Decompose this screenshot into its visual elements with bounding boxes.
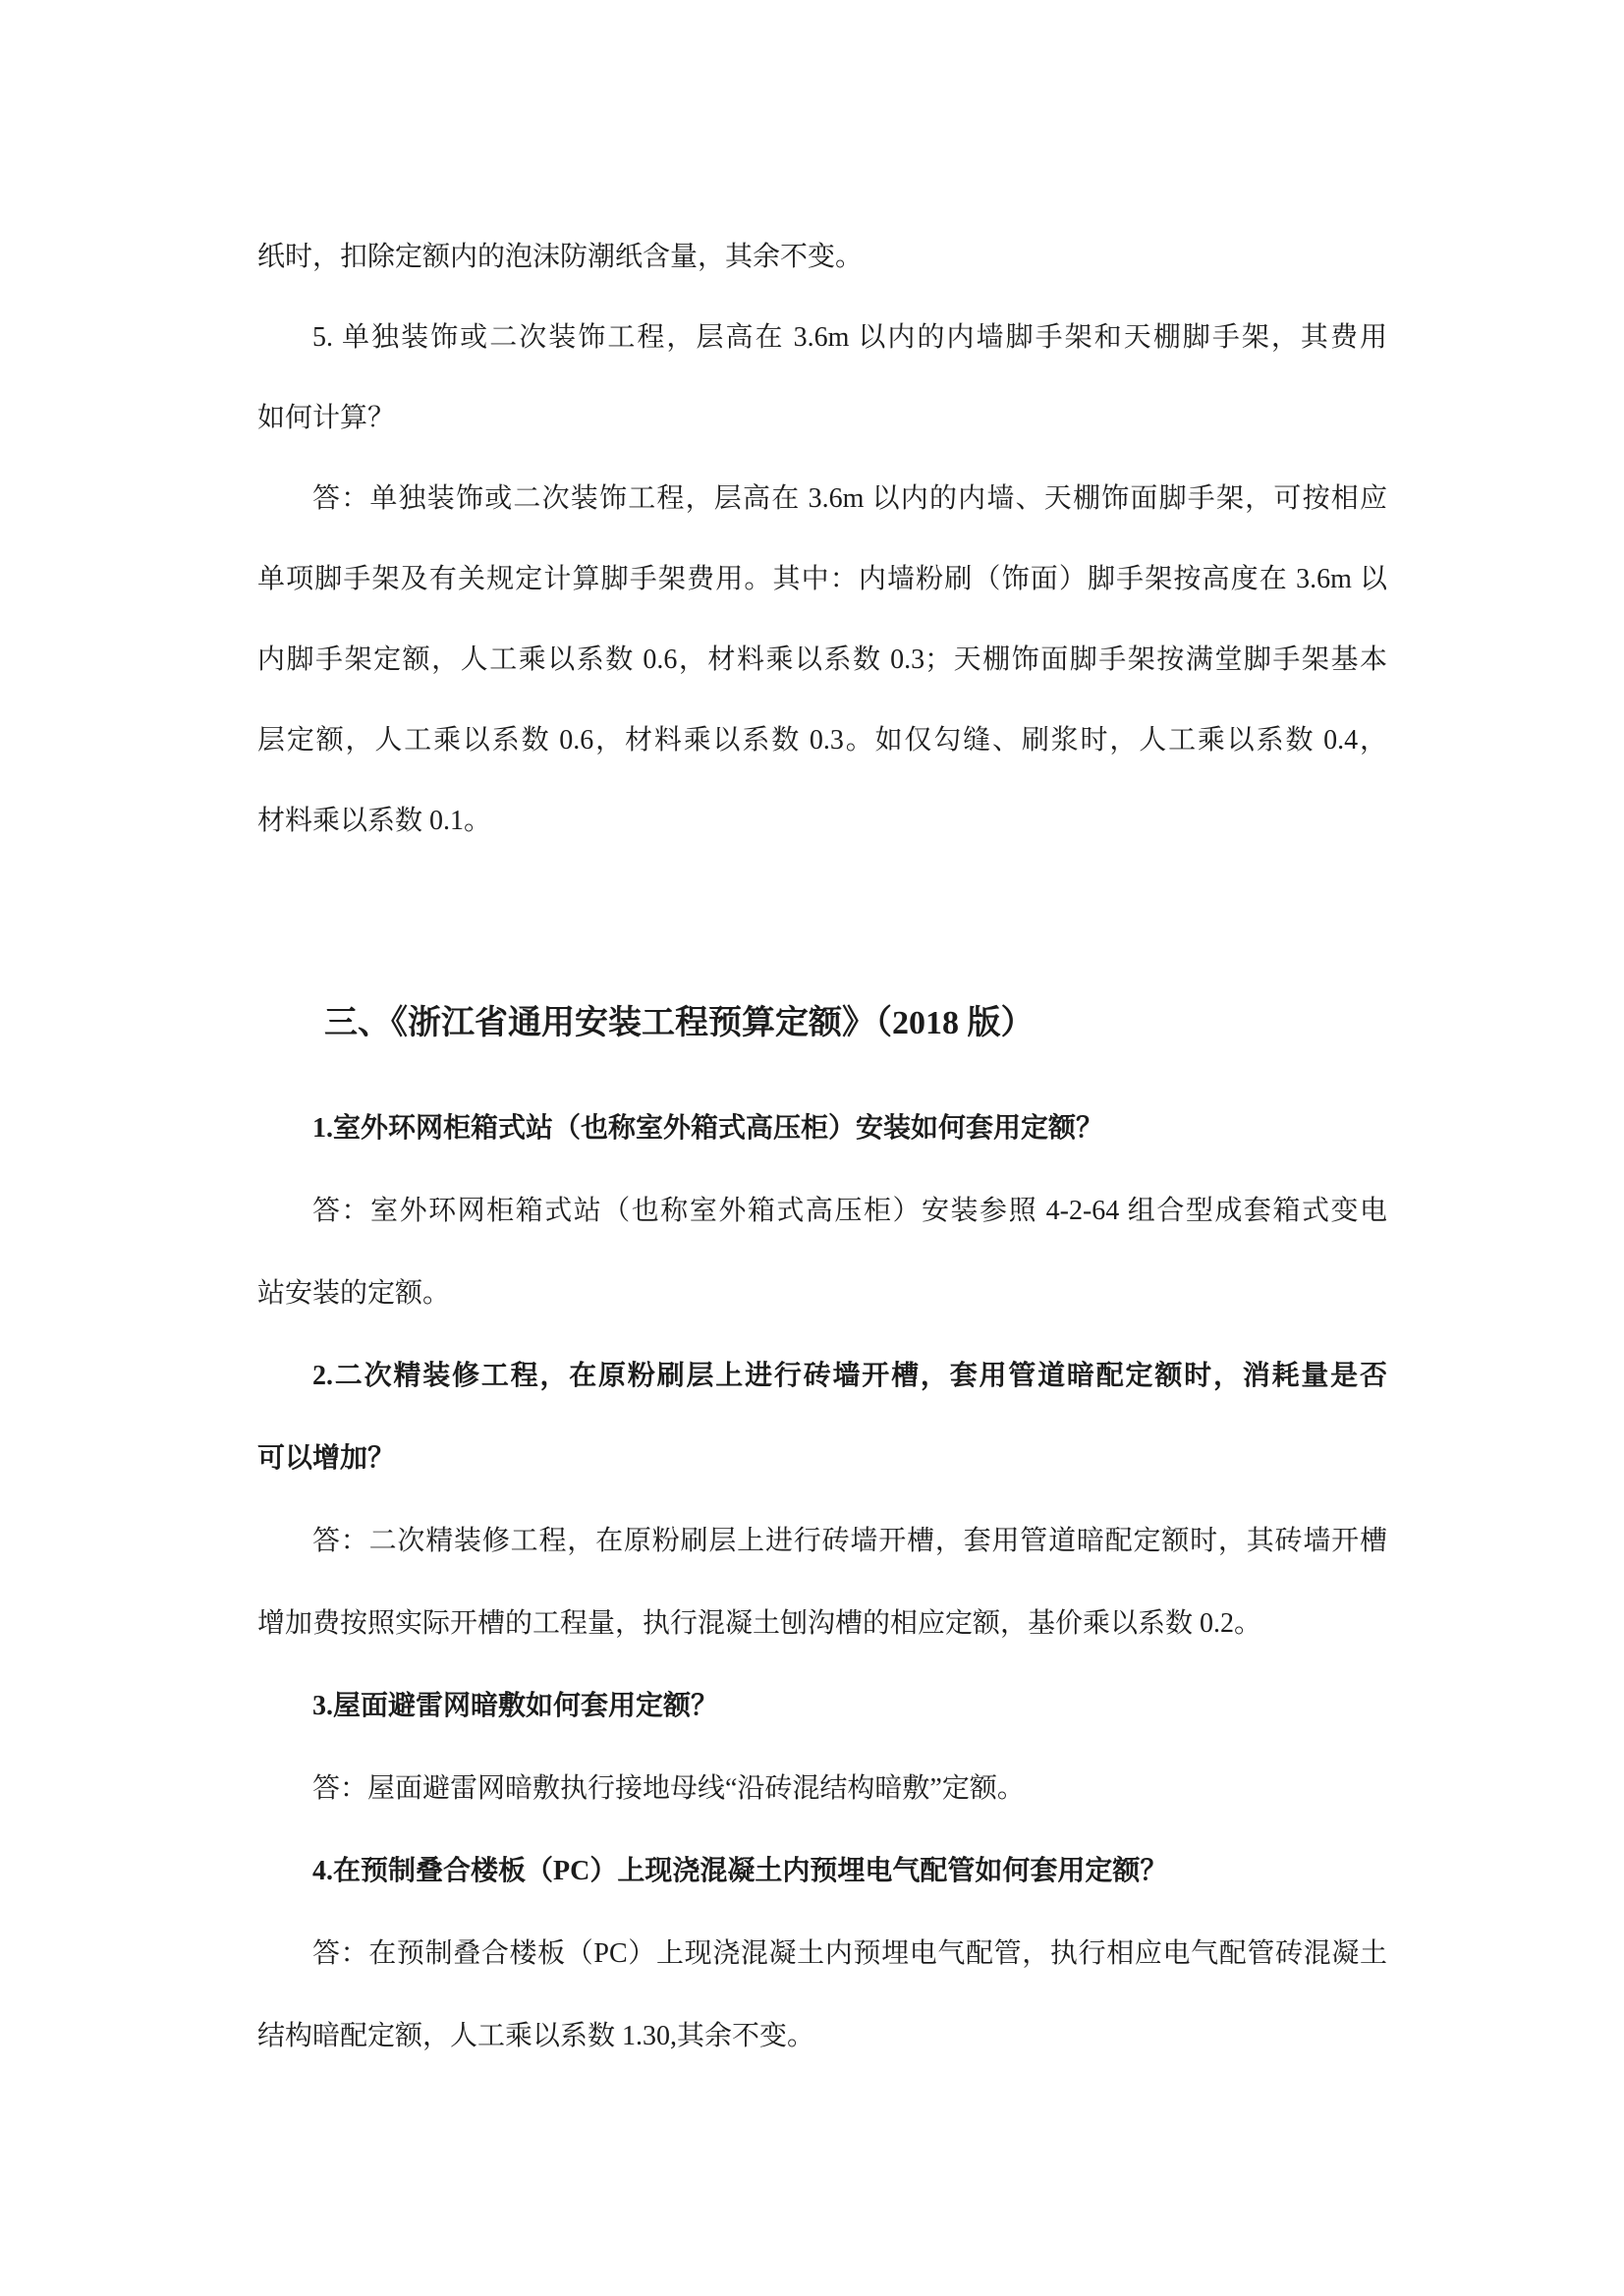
text-line: 答：屋面避雷网暗敷执行接地母线“沿砖混结构暗敷”定额。 <box>257 1748 1387 1830</box>
text-line: 答：在预制叠合楼板（PC）上现浇混凝土内预埋电气配管，执行相应电气配管砖混凝土 <box>257 1913 1387 1995</box>
heading-gap <box>257 1068 1387 1088</box>
text-line: 单项脚手架及有关规定计算脚手架费用。其中：内墙粉刷（饰面）脚手架按高度在 3.6… <box>257 539 1387 620</box>
text-line: 材料乘以系数 0.1。 <box>257 781 1387 862</box>
text-line: 结构暗配定额，人工乘以系数 1.30,其余不变。 <box>257 1995 1387 2078</box>
text-line: 内脚手架定额，人工乘以系数 0.6，材料乘以系数 0.3；天棚饰面脚手架按满堂脚… <box>257 620 1387 700</box>
section-decoration-quota: 纸时，扣除定额内的泡沫防潮纸含量，其余不变。5. 单独装饰或二次装饰工程，层高在… <box>257 217 1387 862</box>
text-line: 4.在预制叠合楼板（PC）上现浇混凝土内预埋电气配管如何套用定额？ <box>257 1830 1387 1913</box>
text-line: 2.二次精装修工程，在原粉刷层上进行砖墙开槽，套用管道暗配定额时，消耗量是否 <box>257 1335 1387 1418</box>
text-line: 层定额，人工乘以系数 0.6，材料乘以系数 0.3。如仅勾缝、刷浆时，人工乘以系… <box>257 700 1387 781</box>
section-gap <box>257 862 1387 980</box>
text-line: 5. 单独装饰或二次装饰工程，层高在 3.6m 以内的内墙脚手架和天棚脚手架，其… <box>257 298 1387 378</box>
document-content: 纸时，扣除定额内的泡沫防潮纸含量，其余不变。5. 单独装饰或二次装饰工程，层高在… <box>257 217 1387 2078</box>
text-line: 答：室外环网柜箱式站（也称室外箱式高压柜）安装参照 4-2-64 组合型成套箱式… <box>257 1170 1387 1253</box>
text-line: 答：二次精装修工程，在原粉刷层上进行砖墙开槽，套用管道暗配定额时，其砖墙开槽 <box>257 1500 1387 1583</box>
text-line: 3.屋面避雷网暗敷如何套用定额？ <box>257 1665 1387 1748</box>
text-line: 可以增加？ <box>257 1418 1387 1500</box>
section-heading: 三、《浙江省通用安装工程预算定额》（2018 版） <box>257 980 1387 1068</box>
text-line: 纸时，扣除定额内的泡沫防潮纸含量，其余不变。 <box>257 217 1387 298</box>
text-line: 如何计算？ <box>257 378 1387 459</box>
text-line: 答：单独装饰或二次装饰工程，层高在 3.6m 以内的内墙、天棚饰面脚手架，可按相… <box>257 459 1387 539</box>
text-line: 1.室外环网柜箱式站（也称室外箱式高压柜）安装如何套用定额？ <box>257 1088 1387 1170</box>
section-installation-quota: 1.室外环网柜箱式站（也称室外箱式高压柜）安装如何套用定额？答：室外环网柜箱式站… <box>257 1088 1387 2078</box>
text-line: 增加费按照实际开槽的工程量，执行混凝土刨沟槽的相应定额，基价乘以系数 0.2。 <box>257 1583 1387 1665</box>
text-line: 站安装的定额。 <box>257 1253 1387 1335</box>
document-page: 纸时，扣除定额内的泡沫防潮纸含量，其余不变。5. 单独装饰或二次装饰工程，层高在… <box>0 0 1624 2296</box>
